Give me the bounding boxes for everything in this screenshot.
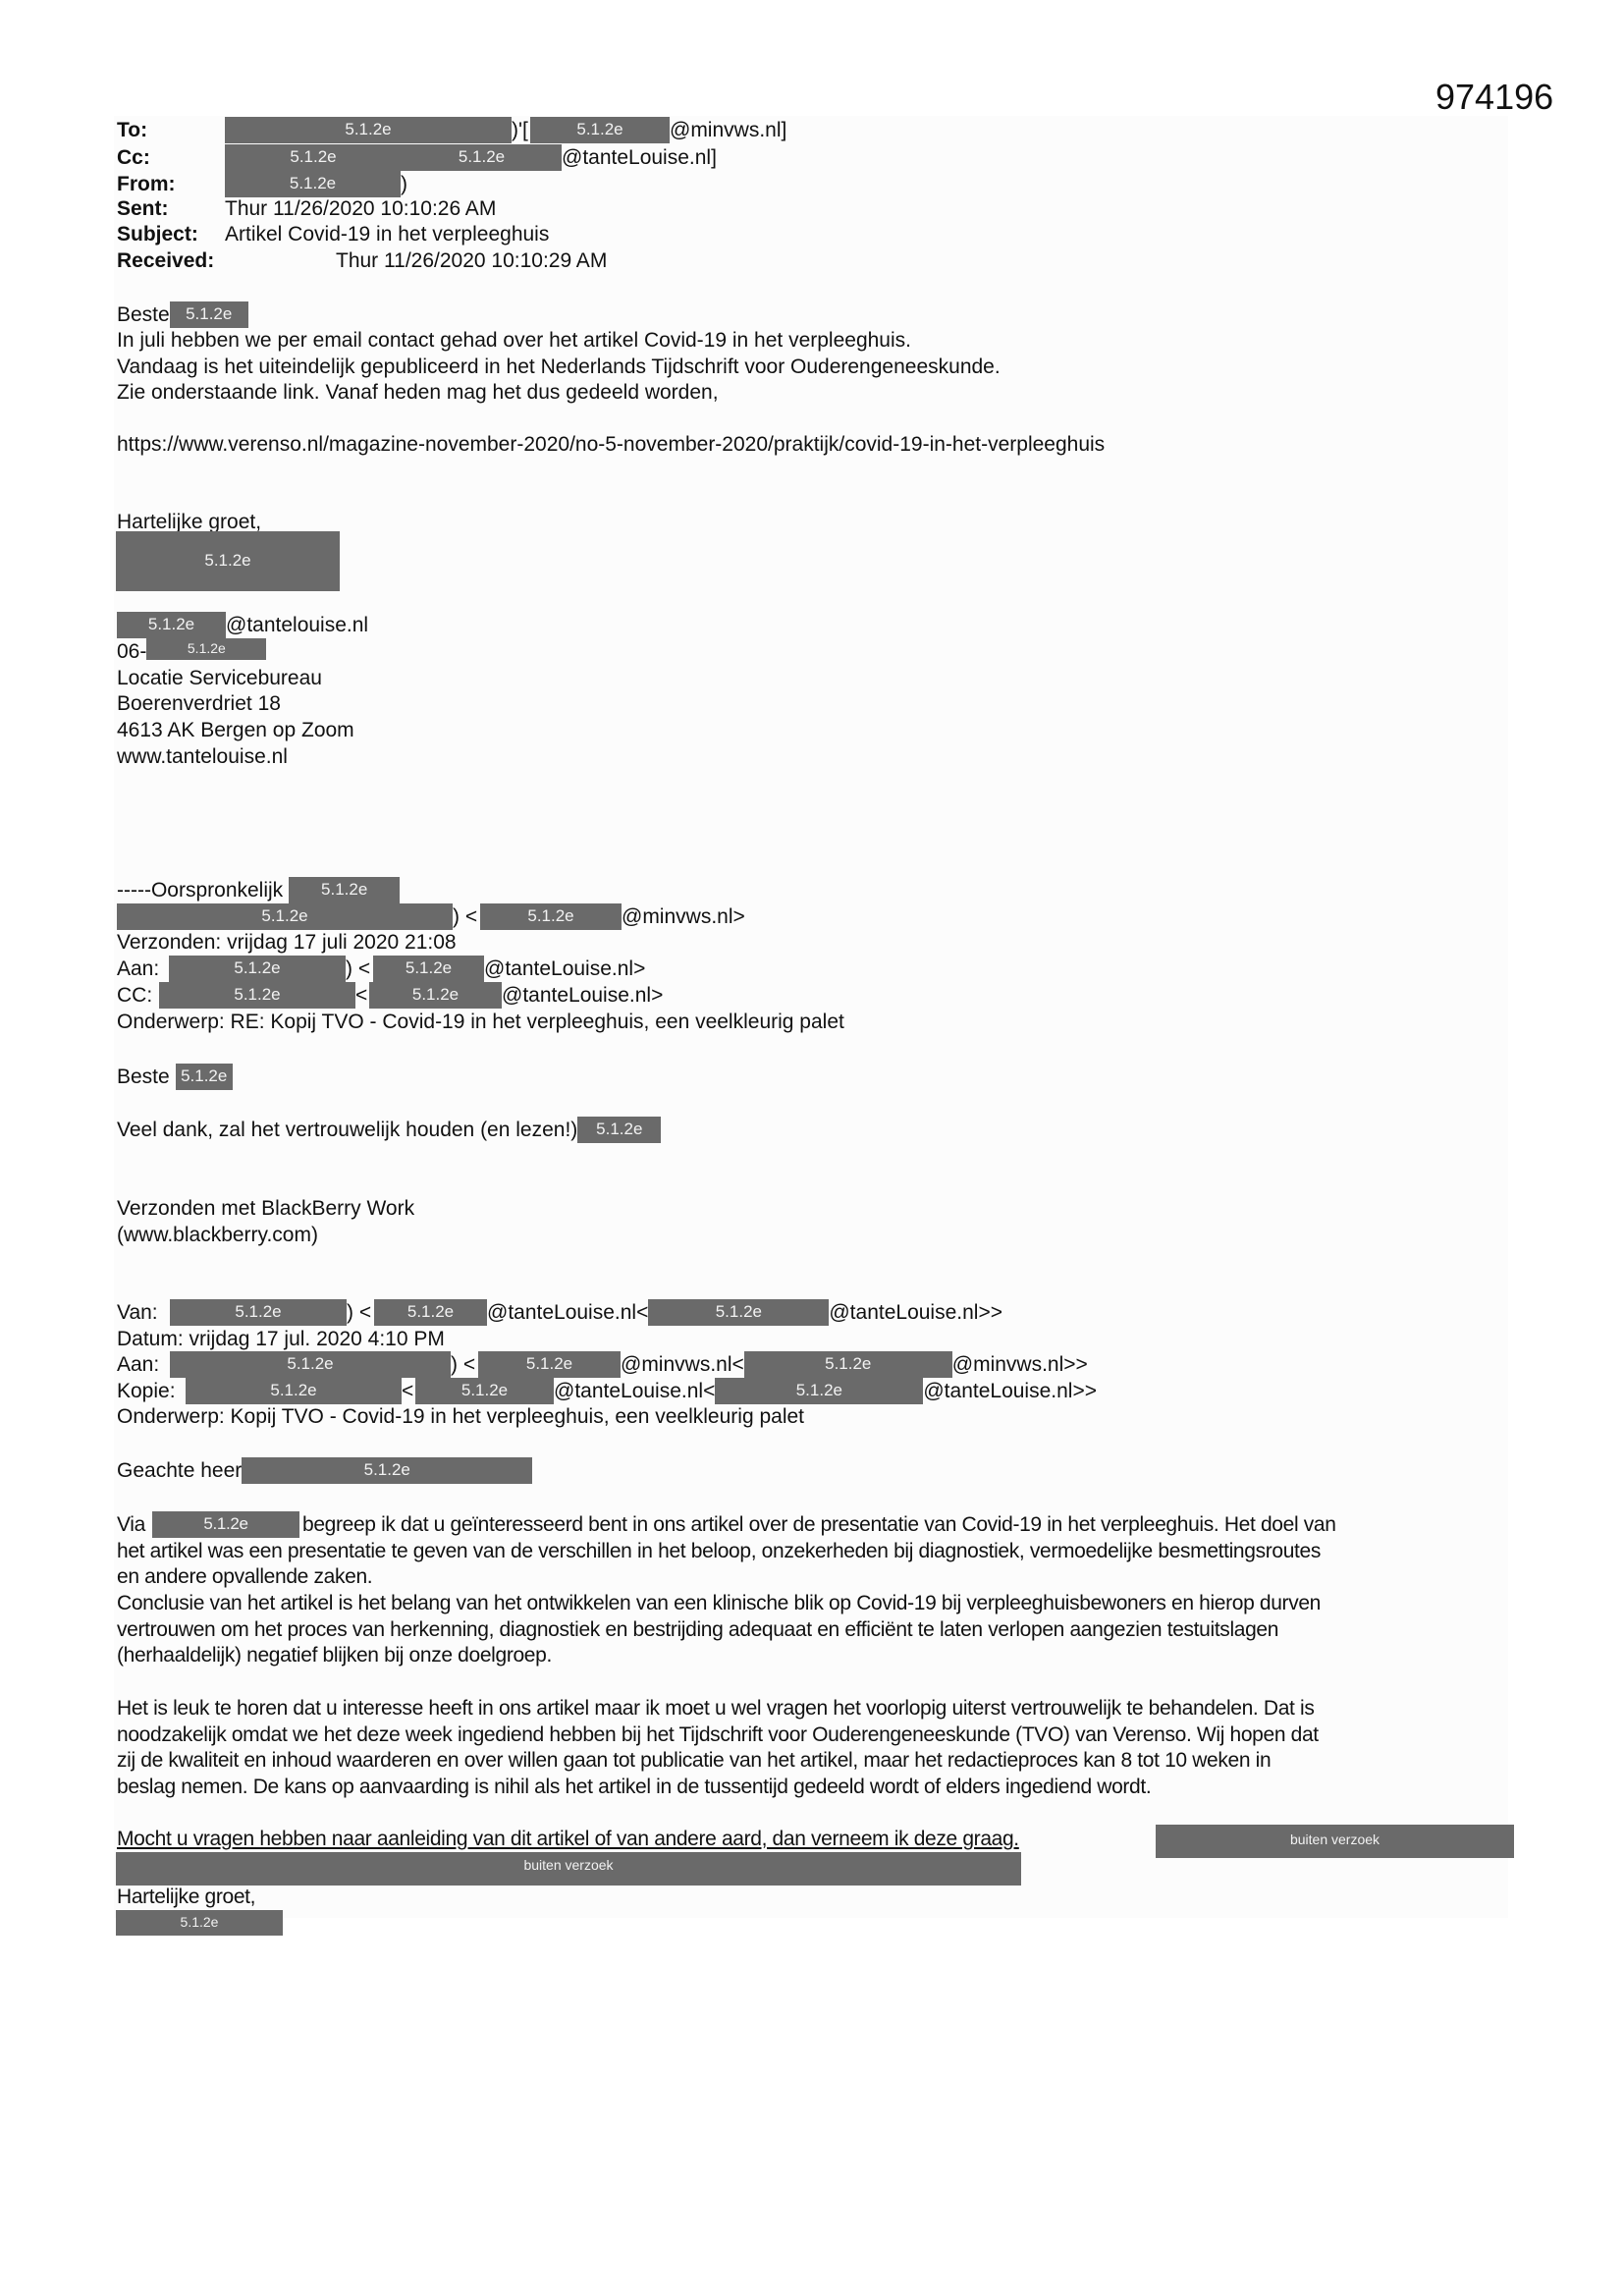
redaction: 5.1.2e bbox=[415, 1378, 554, 1404]
redaction: 5.1.2e bbox=[117, 612, 226, 638]
blackberry-link: (www.blackberry.com) bbox=[117, 1222, 318, 1248]
body-line: vertrouwen om het proces van herkenning,… bbox=[117, 1616, 1278, 1643]
cc-label: Cc: bbox=[117, 144, 225, 171]
forward-from: 5.1.2e) <5.1.2e@minvws.nl> bbox=[117, 903, 745, 930]
received-value: Thur 11/26/2020 10:10:29 AM bbox=[336, 247, 607, 274]
original-to: Aan:5.1.2e) <5.1.2e@minvws.nl<5.1.2e@min… bbox=[117, 1351, 1088, 1378]
header-sent: Sent:Thur 11/26/2020 10:10:26 AM bbox=[117, 195, 496, 222]
forward-separator: -----Oorspronkelijk5.1.2e bbox=[117, 877, 400, 903]
redaction: 5.1.2e bbox=[530, 117, 670, 143]
header-subject: Subject:Artikel Covid-19 in het verpleeg… bbox=[117, 221, 549, 247]
body-line: Vandaag is het uiteindelijk gepubliceerd… bbox=[117, 354, 1001, 380]
redaction: 5.1.2e bbox=[373, 956, 484, 982]
signature-location: Locatie Servicebureau bbox=[117, 665, 322, 691]
redaction: 5.1.2e bbox=[170, 1299, 347, 1326]
body-line: beslag nemen. De kans op aanvaarding is … bbox=[117, 1774, 1151, 1800]
redaction: 5.1.2e bbox=[242, 1457, 532, 1484]
cc-domain: @tanteLouise.nl] bbox=[562, 144, 717, 171]
signature-phone: 06-5.1.2e bbox=[117, 638, 266, 665]
greeting: Beste5.1.2e bbox=[117, 301, 248, 328]
blackberry-footer: Verzonden met BlackBerry Work bbox=[117, 1195, 414, 1222]
signature-city: 4613 AK Bergen op Zoom bbox=[117, 717, 354, 743]
signature-email: 5.1.2e@tantelouise.nl bbox=[117, 612, 368, 638]
redaction: 5.1.2e bbox=[176, 1064, 233, 1090]
to-separator: )'[ bbox=[512, 117, 530, 143]
subject-value: Artikel Covid-19 in het verpleeghuis bbox=[225, 221, 549, 247]
from-label: From: bbox=[117, 171, 225, 197]
redaction: 5.1.2e bbox=[146, 638, 266, 660]
redaction: 5.1.2e bbox=[169, 956, 346, 982]
redaction: 5.1.2e bbox=[152, 1511, 299, 1538]
redaction-signature: 5.1.2e bbox=[116, 1910, 283, 1936]
redaction: 5.1.2e bbox=[117, 903, 453, 930]
redaction: 5.1.2e bbox=[478, 1351, 621, 1378]
redaction: 5.1.2e bbox=[225, 144, 402, 171]
body-line: Veel dank, zal het vertrouwelijk houden … bbox=[117, 1117, 661, 1143]
greeting: Beste5.1.2e bbox=[117, 1064, 233, 1090]
forward-to: Aan:5.1.2e) <5.1.2e@tanteLouise.nl> bbox=[117, 956, 645, 982]
redaction: 5.1.2e bbox=[715, 1378, 923, 1404]
original-subject: Onderwerp: Kopij TVO - Covid-19 in het v… bbox=[117, 1403, 804, 1430]
document-number: 974196 bbox=[1435, 77, 1553, 118]
redaction: 5.1.2e bbox=[159, 982, 355, 1009]
redaction: 5.1.2e bbox=[186, 1378, 402, 1404]
subject-label: Subject: bbox=[117, 221, 225, 247]
original-cc: Kopie:5.1.2e<5.1.2e@tanteLouise.nl<5.1.2… bbox=[117, 1378, 1097, 1404]
original-from: Van:5.1.2e) <5.1.2e@tanteLouise.nl<5.1.2… bbox=[117, 1299, 1002, 1326]
redaction: 5.1.2e bbox=[374, 1299, 487, 1326]
original-date: Datum: vrijdag 17 jul. 2020 4:10 PM bbox=[117, 1326, 445, 1352]
redaction: 5.1.2e bbox=[480, 903, 622, 930]
forward-sent: Verzonden: vrijdag 17 juli 2020 21:08 bbox=[117, 929, 457, 956]
header-from: From:5.1.2e) bbox=[117, 171, 407, 197]
redaction: 5.1.2e bbox=[744, 1351, 952, 1378]
body-line: en andere opvallende zaken. bbox=[117, 1563, 372, 1590]
redaction: 5.1.2e bbox=[225, 171, 401, 197]
redaction-out-of-scope: buiten verzoek bbox=[1156, 1825, 1514, 1858]
forward-cc: CC:5.1.2e<5.1.2e@tanteLouise.nl> bbox=[117, 982, 663, 1009]
body-line: noodzakelijk omdat we het deze week inge… bbox=[117, 1722, 1319, 1748]
header-cc: Cc:5.1.2e5.1.2e@tanteLouise.nl] bbox=[117, 144, 717, 171]
to-domain: @minvws.nl] bbox=[670, 117, 786, 143]
forward-subject: Onderwerp: RE: Kopij TVO - Covid-19 in h… bbox=[117, 1009, 844, 1035]
body-line: Via5.1.2ebegreep ik dat u geïnteresseerd… bbox=[117, 1511, 1336, 1538]
redaction: 5.1.2e bbox=[369, 982, 502, 1009]
sent-value: Thur 11/26/2020 10:10:26 AM bbox=[225, 195, 496, 222]
body-line: het artikel was een presentatie te geven… bbox=[117, 1538, 1321, 1564]
body-line: Het is leuk te horen dat u interesse hee… bbox=[117, 1695, 1314, 1722]
body-line: Conclusie van het artikel is het belang … bbox=[117, 1590, 1321, 1616]
received-label: Received: bbox=[117, 247, 336, 274]
body-line: In juli hebben we per email contact geha… bbox=[117, 327, 911, 354]
greeting: Geachte heer5.1.2e bbox=[117, 1457, 532, 1484]
redaction-signature-name: 5.1.2e bbox=[116, 531, 340, 591]
from-suffix: ) bbox=[401, 171, 407, 197]
redaction: 5.1.2e bbox=[289, 877, 400, 903]
closing: Hartelijke groet, bbox=[117, 1884, 255, 1910]
body-line: zij de kwaliteit en inhoud waarderen en … bbox=[117, 1747, 1271, 1774]
redaction: 5.1.2e bbox=[648, 1299, 829, 1326]
redaction: 5.1.2e bbox=[577, 1117, 661, 1143]
header-received: Received:Thur 11/26/2020 10:10:29 AM bbox=[117, 247, 607, 274]
redaction-out-of-scope: buiten verzoek bbox=[116, 1852, 1021, 1886]
signature-street: Boerenverdriet 18 bbox=[117, 690, 281, 717]
article-link[interactable]: https://www.verenso.nl/magazine-november… bbox=[117, 431, 1105, 458]
redaction: 5.1.2e bbox=[402, 144, 562, 171]
redaction: 5.1.2e bbox=[170, 301, 248, 328]
signature-website[interactable]: www.tantelouise.nl bbox=[117, 743, 288, 770]
redaction: 5.1.2e bbox=[225, 117, 512, 143]
header-to: To:5.1.2e)'[5.1.2e@minvws.nl] bbox=[117, 117, 786, 143]
body-line: Zie onderstaande link. Vanaf heden mag h… bbox=[117, 379, 719, 406]
sent-label: Sent: bbox=[117, 195, 225, 222]
body-line: Mocht u vragen hebben naar aanleiding va… bbox=[117, 1826, 1019, 1852]
redaction: 5.1.2e bbox=[170, 1351, 451, 1378]
body-line: (herhaaldelijk) negatief blijken bij onz… bbox=[117, 1642, 552, 1668]
to-label: To: bbox=[117, 117, 225, 143]
